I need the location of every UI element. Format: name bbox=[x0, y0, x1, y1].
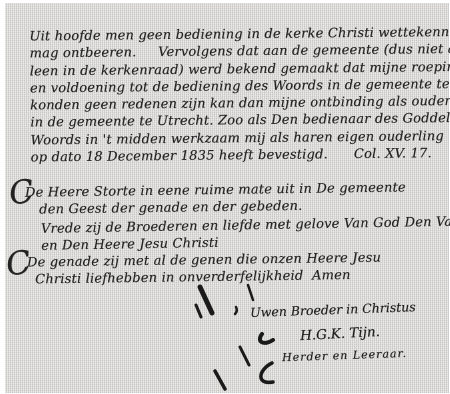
ink-flourishes bbox=[170, 279, 310, 394]
signature-name: H.G.K. Tijn. bbox=[300, 324, 381, 344]
paragraph-1: Uit hoofde men geen bediening in de kerk… bbox=[29, 24, 450, 167]
paragraph-2: De Heere Storte in eene ruime mate uit i… bbox=[25, 179, 406, 219]
ink-flourish bbox=[248, 285, 253, 300]
manuscript-line: op dato 18 December 1835 heeft bevestigd… bbox=[31, 145, 450, 167]
ink-flourish bbox=[240, 347, 249, 365]
ink-flourish bbox=[215, 371, 225, 389]
paragraph-3: Vrede zij de Broederen en liefde met gel… bbox=[41, 213, 450, 255]
ink-flourish bbox=[200, 287, 212, 313]
ink-flourish bbox=[260, 334, 273, 343]
manuscript-scan: Uit hoofde men geen bediening in de kerk… bbox=[5, 3, 449, 393]
ink-flourish bbox=[196, 305, 201, 317]
ink-flourish bbox=[235, 307, 237, 314]
ink-flourish bbox=[261, 363, 273, 382]
